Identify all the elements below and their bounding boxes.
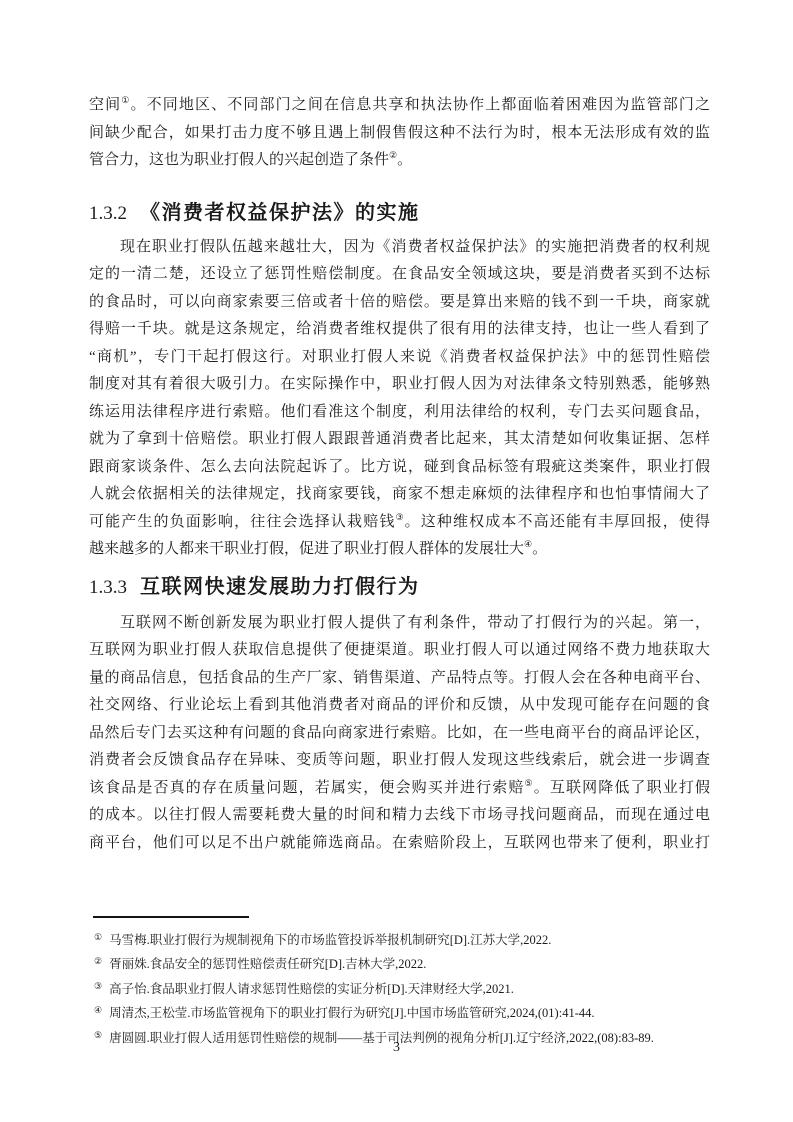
body-line: 跟商家谈条件、怎么去向法院起诉了。比方说，碰到食品标签有瑕疵这类案件，职业打假 <box>89 454 710 482</box>
heading-number: 1.3.2 <box>89 203 127 224</box>
footnote-text: 马雪梅.职业打假行为规制视角下的市场监管投诉举报机制研究[D].江苏大学,202… <box>109 933 551 947</box>
body-line: 可能产生的负面影响，往往会选择认栽赔钱③。这种维权成本不高还能有丰厚回报，使得 <box>89 509 710 537</box>
body-line: 社交网络、行业论坛上看到其他消费者对商品的评价和反馈，从中发现可能存在问题的食 <box>89 692 710 720</box>
footnote-marker: ② <box>94 952 102 973</box>
body-line: 商平台，他们可以足不出户就能筛选商品。在索赔阶段上，互联网也带来了便利，职业打 <box>89 830 710 858</box>
body-line: 品然后专门去买这种有问题的食品向商家进行索赔。比如，在一些电商平台的商品评论区， <box>89 720 710 748</box>
body-line: 人就会依据相关的法律规定，找商家要钱，商家不想走麻烦的法律程序和也怕事情闹大了 <box>89 481 710 509</box>
body-line: 定的一清二楚，还设立了惩罚性赔偿制度。在食品安全领域这块，要是消费者买到不达标 <box>89 261 710 289</box>
section-133-paragraph: 互联网不断创新发展为职业打假人提供了有利条件，带动了打假行为的兴起。第一， 互联… <box>89 610 710 858</box>
heading-title: 互联网快速发展助力打假行为 <box>140 576 420 598</box>
body-line: 练运用法律程序进行索赔。他们看准这个制度，利用法律给的权利，专门去买问题食品， <box>89 399 710 427</box>
footnote-text: 高子怡.食品职业打假人请求惩罚性赔偿的实证分析[D].天津财经大学,2021. <box>109 982 514 996</box>
body-text: 空间①。不同地区、不同部门之间在信息共享和执法协作上都面临着困难因为监管部门之 … <box>89 92 710 857</box>
heading-number: 1.3.3 <box>89 577 127 598</box>
body-line: 该食品是否真的存在质量问题，若属实，便会购买并进行索赔⑤。互联网降低了职业打假 <box>89 775 710 803</box>
footnote: ④周清杰,王松莹.市场监管视角下的职业打假行为研究[J].中国市场监管研究,20… <box>89 1001 721 1025</box>
body-line: 互联网不断创新发展为职业打假人提供了有利条件，带动了打假行为的兴起。第一， <box>89 610 710 638</box>
section-132-paragraph: 现在职业打假队伍越来越壮大，因为《消费者权益保护法》的实施把消费者的权利规 定的… <box>89 234 710 564</box>
heading-title: 《消费者权益保护法》的实施 <box>140 202 420 224</box>
body-line: “商机”，专门干起打假这行。对职业打假人来说《消费者权益保护法》中的惩罚性赔偿 <box>89 344 710 372</box>
continued-paragraph: 空间①。不同地区、不同部门之间在信息共享和执法协作上都面临着困难因为监管部门之 … <box>89 92 710 175</box>
body-line: 越来越多的人都来干职业打假，促进了职业打假人群体的发展壮大④。 <box>89 536 710 564</box>
body-line: 间缺少配合，如果打击力度不够且遇上制假售假这种不法行为时，根本无法形成有效的监 <box>89 120 710 148</box>
body-line: 就为了拿到十倍赔偿。职业打假人跟跟普通消费者比起来，其太清楚如何收集证据、怎样 <box>89 426 710 454</box>
footnote: ①马雪梅.职业打假行为规制视角下的市场监管投诉举报机制研究[D].江苏大学,20… <box>89 928 721 952</box>
body-line: 制度对其有着很大吸引力。在实际操作中，职业打假人因为对法律条文特别熟悉，能够熟 <box>89 371 710 399</box>
footnote-text: 胥丽姝.食品安全的惩罚性赔偿责任研究[D].吉林大学,2022. <box>109 957 426 971</box>
body-line: 现在职业打假队伍越来越壮大，因为《消费者权益保护法》的实施把消费者的权利规 <box>89 234 710 262</box>
body-line: 的成本。以往打假人需要耗费大量的时间和精力去线下市场寻找问题商品，而现在通过电 <box>89 802 710 830</box>
footnote-text: 周清杰,王松莹.市场监管视角下的职业打假行为研究[J].中国市场监管研究,202… <box>109 1006 594 1020</box>
body-line: 消费者会反馈食品存在异味、变质等问题，职业打假人发现这些线索后，就会进一步调查 <box>89 747 710 775</box>
footnotes-block: ①马雪梅.职业打假行为规制视角下的市场监管投诉举报机制研究[D].江苏大学,20… <box>89 916 721 1050</box>
footnote-marker: ④ <box>94 1001 102 1022</box>
footnote-marker: ③ <box>94 977 102 998</box>
document-page: 空间①。不同地区、不同部门之间在信息共享和执法协作上都面临着困难因为监管部门之 … <box>0 0 793 1122</box>
section-heading-132: 1.3.2《消费者权益保护法》的实施 <box>89 198 710 230</box>
page-number: 3 <box>0 1040 793 1056</box>
section-heading-133: 1.3.3互联网快速发展助力打假行为 <box>89 572 710 604</box>
body-line: 管合力，这也为职业打假人的兴起创造了条件②。 <box>89 147 710 175</box>
footnote-marker: ① <box>94 928 102 949</box>
body-line: 的食品时，可以向商家索要三倍或者十倍的赔偿。要是算出来赔的钱不到一千块，商家就 <box>89 289 710 317</box>
body-line: 互联网为职业打假人获取信息提供了便捷渠道。职业打假人可以通过网络不费力地获取大 <box>89 637 710 665</box>
footnote: ③高子怡.食品职业打假人请求惩罚性赔偿的实证分析[D].天津财经大学,2021. <box>89 977 721 1001</box>
body-line: 空间①。不同地区、不同部门之间在信息共享和执法协作上都面临着困难因为监管部门之 <box>89 92 710 120</box>
body-line: 量的商品信息，包括食品的生产厂家、销售渠道、产品特点等。打假人会在各种电商平台、 <box>89 665 710 693</box>
footnote-separator <box>93 916 249 918</box>
body-line: 得赔一千块。就是这条规定，给消费者维权提供了很有用的法律支持，也让一些人看到了 <box>89 316 710 344</box>
footnote: ②胥丽姝.食品安全的惩罚性赔偿责任研究[D].吉林大学,2022. <box>89 952 721 976</box>
